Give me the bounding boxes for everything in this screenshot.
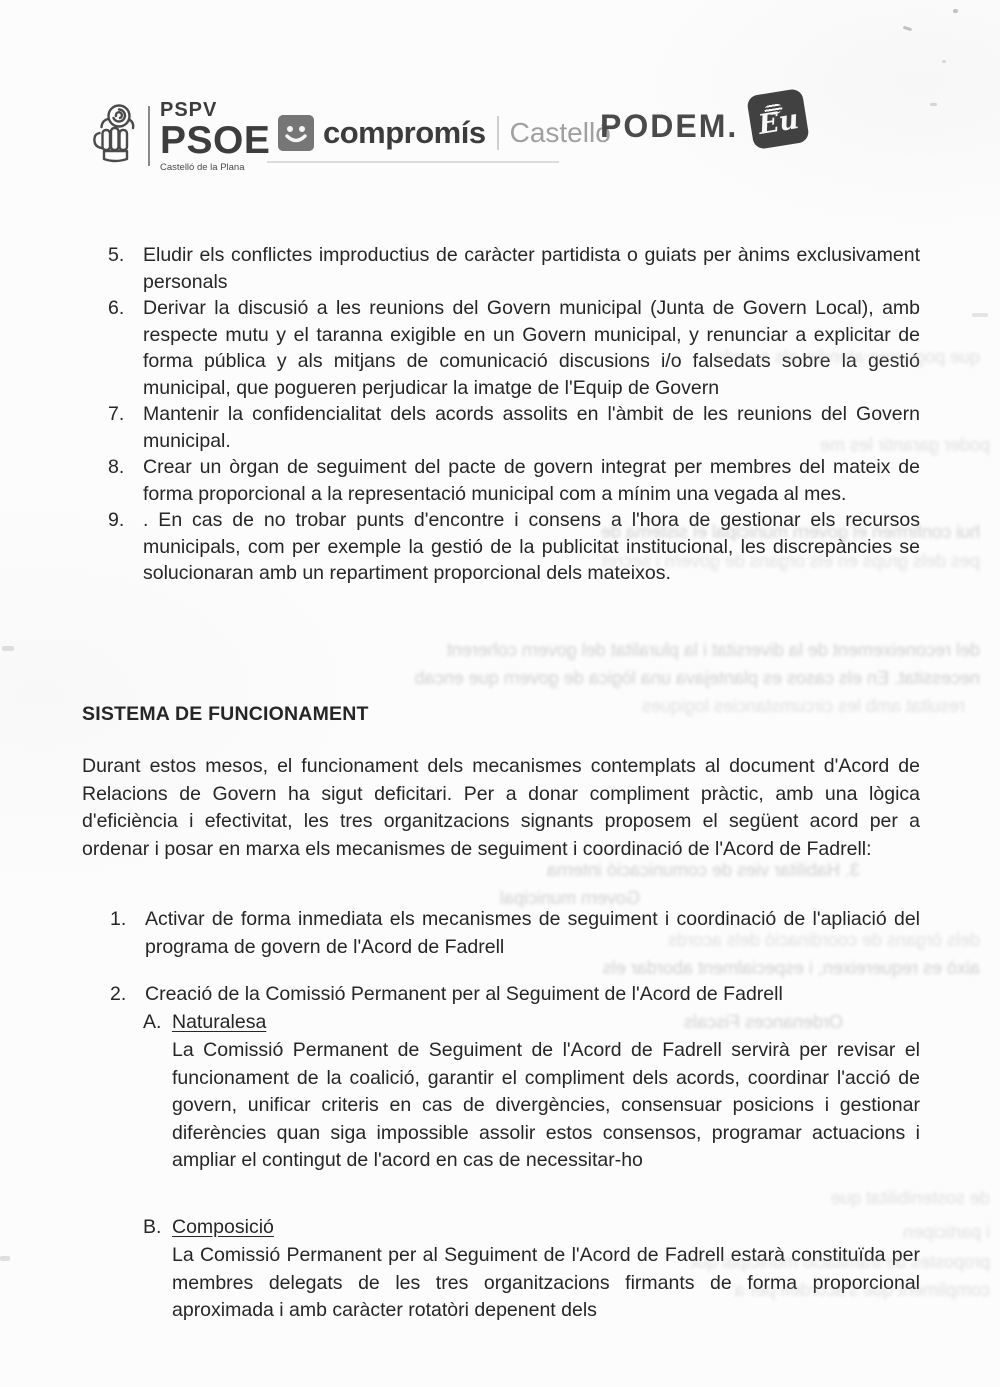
- psoe-label: PSOE: [160, 121, 270, 160]
- list-item-number: 2.: [110, 981, 145, 1009]
- list-item-text: Activar de forma inmediata els mecanisme…: [145, 906, 920, 961]
- scan-speck: [0, 1256, 10, 1261]
- bleedthrough-fragment: del reconeixement de la diversitat i la …: [95, 640, 980, 661]
- intro-paragraph: Durant estos mesos, el funcionament dels…: [82, 753, 920, 863]
- list-item-number: 6.: [108, 295, 143, 322]
- section-heading: SISTEMA DE FUNCIONAMENT: [82, 701, 369, 728]
- sub-item-a-heading: A. Naturalesa: [143, 1009, 920, 1037]
- list-item: 7. Mantenir la confidencialitat dels aco…: [108, 401, 920, 454]
- eu-logo-icon: Eu: [746, 88, 810, 150]
- scan-speck: [953, 9, 958, 13]
- bleedthrough-fragment: de sostenibilitat que: [800, 1188, 990, 1209]
- podem-logo-group: PODEM. Eu: [600, 106, 806, 146]
- scan-speck: [2, 646, 14, 651]
- compromis-divider: [497, 116, 499, 150]
- pspv-label: PSPV: [160, 100, 270, 120]
- sub-item-letter: B.: [143, 1214, 172, 1242]
- compromis-smiley-icon: [277, 114, 315, 152]
- list-item: 9. . En cas de no trobar punts d'encontr…: [108, 507, 920, 587]
- compromis-logo-group: compromís Castelló: [277, 114, 611, 152]
- list-item: 6. Derivar la discusió a les reunions de…: [108, 295, 920, 401]
- numbered-list: 5. Eludir els conflictes improductius de…: [108, 242, 920, 587]
- list-item-text: Crear un òrgan de seguiment del pacte de…: [143, 454, 920, 507]
- list-item-number: 5.: [108, 242, 143, 269]
- party-logos-header: PSPV PSOE Castelló de la Plana compromís…: [0, 0, 1000, 210]
- sub-item-letter: A.: [143, 1009, 172, 1037]
- list-item: 5. Eludir els conflictes improductius de…: [108, 242, 920, 295]
- scan-speck: [972, 313, 988, 317]
- list-item-text: Mantenir la confidencialitat dels acords…: [143, 401, 920, 454]
- sub-item-title: Composició: [172, 1214, 274, 1242]
- psoe-logo-group: PSPV PSOE Castelló de la Plana: [88, 100, 270, 173]
- list-item: 8. Crear un òrgan de seguiment del pacte…: [108, 454, 920, 507]
- psoe-fist-rose-icon: [88, 103, 140, 169]
- bleedthrough-fragment: necessitat. En els casos es plantejava u…: [95, 668, 980, 689]
- psoe-divider: [148, 106, 150, 166]
- scan-speck: [942, 60, 946, 63]
- sub-item-title: Naturalesa: [172, 1009, 266, 1037]
- list-item-number: 9.: [108, 507, 143, 534]
- list-item-number: 1.: [110, 906, 145, 934]
- list-item-text: . En cas de no trobar punts d'encontre i…: [143, 507, 920, 587]
- action-item-1: 1. Activar de forma inmediata els mecani…: [110, 906, 920, 961]
- list-item-text: Derivar la discusió a les reunions del G…: [143, 295, 920, 401]
- compromis-city-label: Castelló: [510, 117, 611, 149]
- scanned-document-page: PSPV PSOE Castelló de la Plana compromís…: [0, 0, 1000, 1387]
- compromis-underline: [267, 161, 559, 163]
- action-item-2: 2. Creació de la Comissió Permanent per …: [110, 981, 920, 1009]
- psoe-sublabel: Castelló de la Plana: [160, 163, 270, 173]
- sub-item-b-heading: B. Composició: [143, 1214, 920, 1242]
- podem-label: PODEM.: [600, 108, 738, 145]
- sub-item-b-body: La Comissió Permanent per al Seguiment d…: [172, 1242, 920, 1325]
- bleedthrough-fragment: 3. Habilitar vies de comunicació interna: [430, 860, 860, 881]
- list-item-text: Eludir els conflictes improductius de ca…: [143, 242, 920, 295]
- list-item-number: 8.: [108, 454, 143, 481]
- eu-label: Eu: [757, 105, 801, 138]
- scan-speck: [930, 103, 937, 106]
- list-item-text: Creació de la Comissió Permanent per al …: [145, 981, 920, 1009]
- list-item-number: 7.: [108, 401, 143, 428]
- compromis-label: compromís: [323, 115, 486, 151]
- bleedthrough-fragment: això es requereixen, i especialment abor…: [555, 958, 980, 979]
- sub-item-a-body: La Comissió Permanent de Seguiment de l'…: [172, 1037, 920, 1175]
